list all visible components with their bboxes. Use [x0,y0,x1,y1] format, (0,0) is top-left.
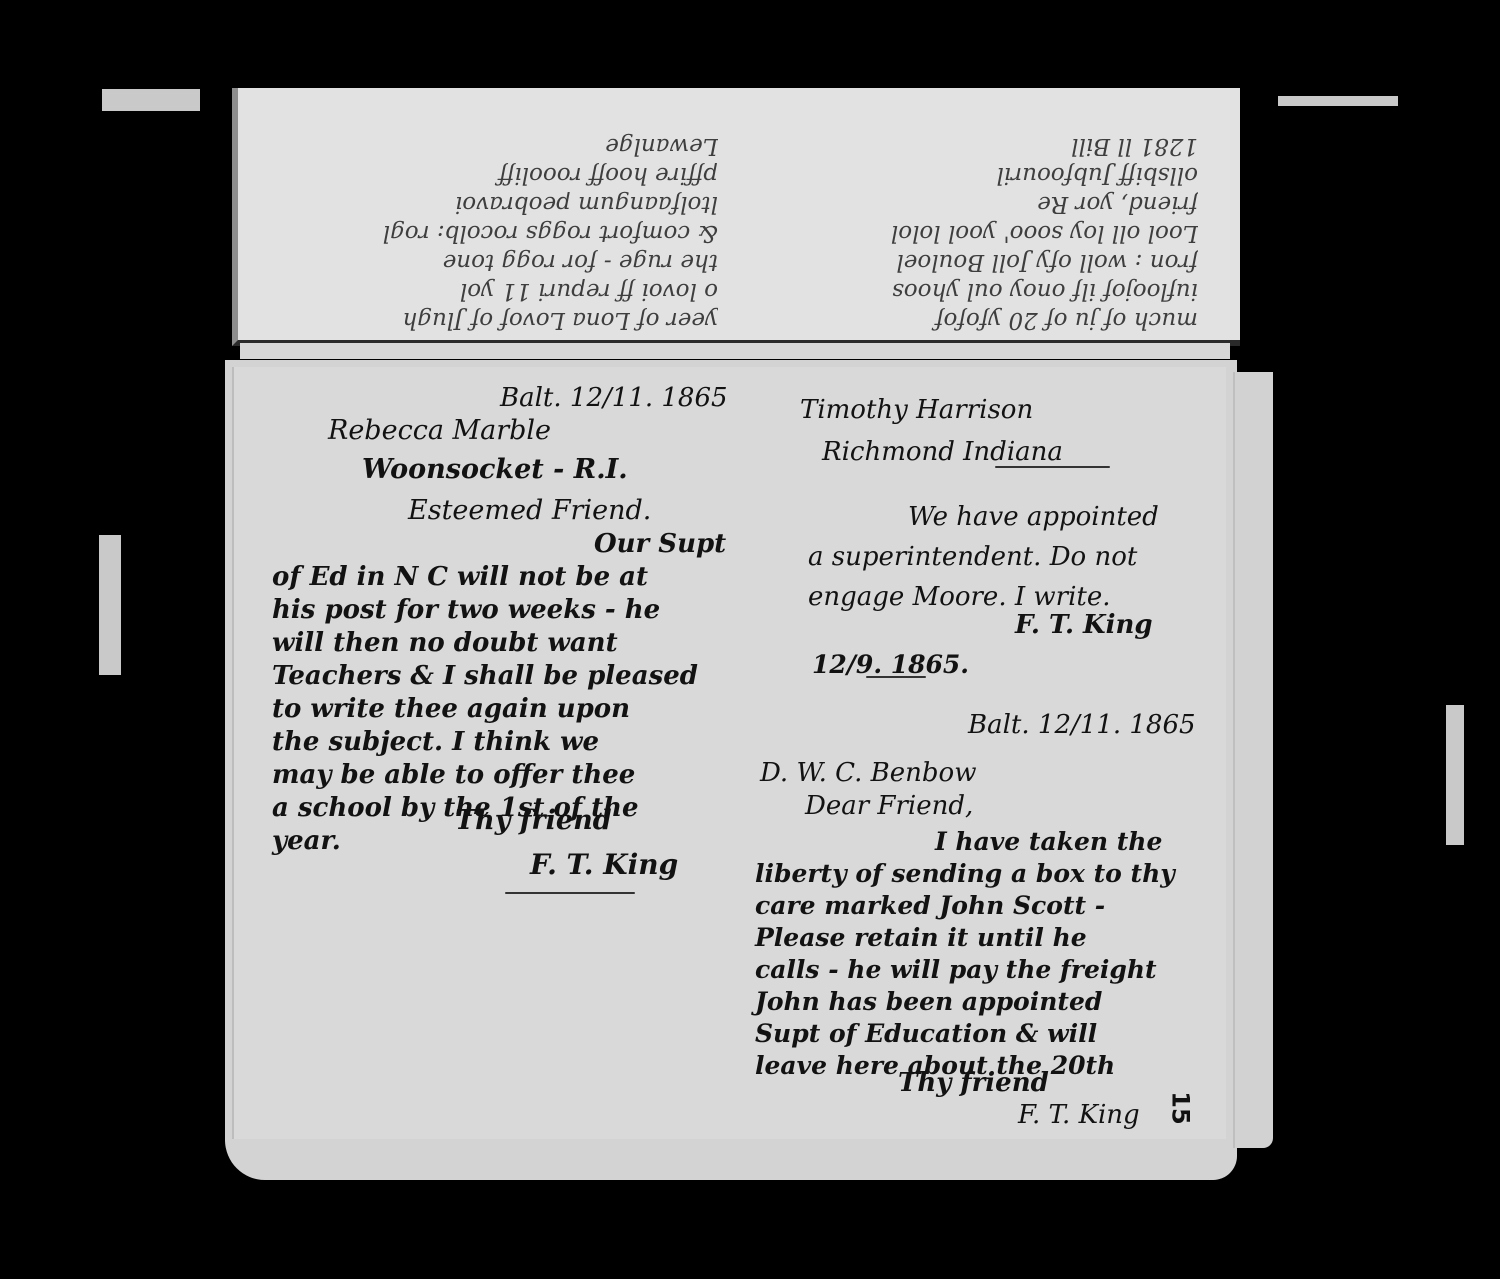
letter3-body: I have taken the liberty of sending a bo… [755,826,1175,1082]
letter2-address: Richmond Indiana [822,437,1063,467]
letter2-address-underline [995,466,1110,468]
letter2-signature: F. T. King [1015,610,1153,640]
letter2-body: We have appointed a superintendent. Do n… [808,497,1159,617]
film-tab-right [1446,705,1464,845]
film-tab-top-left [102,89,200,111]
right-page-flap [1233,372,1273,1148]
letter1-address: Woonsocket - R.I. [362,454,628,485]
page-number: 15 [1167,1091,1195,1124]
letter1-salutation: Esteemed Friend. [408,495,651,526]
letter3-recipient: D. W. C. Benbow [760,758,976,788]
letter3-signature: F. T. King [1018,1100,1140,1130]
letter1-signature-flourish [505,892,635,894]
letter2-date-underline [866,676,926,678]
upper-page-left-text: yeer of Lona Lovof of Jlugh o lovoi ff r… [298,94,718,334]
letter3-salutation: Dear Friend, [805,791,973,821]
letter1-recipient: Rebecca Marble [328,415,551,446]
upper-page-right-text: much of ju of 20 yfofof iufloojof ilf on… [758,94,1198,334]
letter1-signature: F. T. King [530,848,678,881]
film-tab-top-right [1278,96,1398,106]
page-fold-strip [240,343,1230,359]
upper-reversed-page: yeer of Lona Lovof of Jlugh o lovoi ff r… [232,88,1240,346]
letter1-closing: Thy friend [455,805,612,836]
letter3-closing: Thy friend [898,1068,1049,1098]
film-tab-left [99,535,121,675]
letter2-recipient: Timothy Harrison [800,395,1033,425]
letter3-date: Balt. 12/11. 1865 [968,710,1196,740]
letter2-date: 12/9. 1865. [812,650,969,679]
letter1-date: Balt. 12/11. 1865 [500,383,728,413]
